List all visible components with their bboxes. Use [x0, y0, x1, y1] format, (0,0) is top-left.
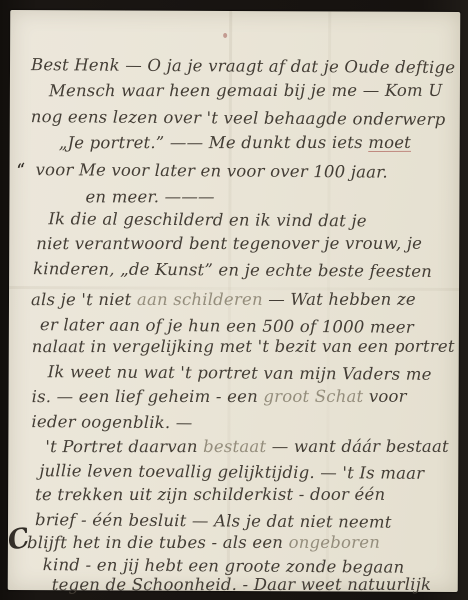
paper-speck: [223, 33, 227, 38]
letter-text-segment: te trekken uit zijn schilderkist - door …: [35, 485, 385, 504]
letter-page: Best Henk — O ja je vraagt af dat je Oud…: [8, 10, 461, 592]
letter-text-segment: ieder oogenblik. —: [31, 412, 192, 432]
letter-line: als je 't niet aan schilderen — Wat hebb…: [31, 290, 416, 309]
letter-line: Ik weet nu wat 't portret van mijn Vader…: [48, 362, 432, 384]
letter-line: tegen de Schoonheid. - Daar weet natuurl…: [52, 575, 431, 594]
letter-text-segment: en meer. ———: [85, 187, 214, 206]
letter-text-segment: bestaat: [203, 437, 266, 456]
letter-text-segment: kind - en jij hebt een groote zonde bega…: [43, 555, 405, 577]
letter-line: brief - één besluit — Als je dat niet ne…: [35, 510, 392, 531]
letter-text-segment: kinderen, „de Kunst” en je echte beste f…: [33, 259, 432, 281]
letter-text-segment: voor Me voor later en voor over 100 jaar…: [36, 160, 388, 181]
letter-text-segment: 't Portret daarvan: [45, 437, 203, 456]
letter-text-segment: is. — een lief geheim - een: [32, 387, 264, 406]
letter-text-segment: aan schilderen: [137, 290, 263, 309]
letter-text-segment: tegen de Schoonheid. - Daar weet natuurl…: [52, 575, 431, 594]
letter-text-segment: brief - één besluit — Als je dat niet ne…: [35, 510, 392, 531]
letter-text-segment: nalaat in vergelijking met 't bezit van …: [32, 337, 455, 356]
letter-text-segment: als je 't niet: [31, 290, 137, 309]
letter-text-segment: Mensch waar heen gemaai bij je me — Kom …: [49, 81, 443, 100]
letter-text-segment: moet: [368, 133, 411, 152]
letter-line: voor Me voor later en voor over 100 jaar…: [36, 160, 388, 181]
letter-line: kinderen, „de Kunst” en je echte beste f…: [33, 259, 432, 281]
letter-line: is. — een lief geheim - een groot Schat …: [32, 387, 407, 406]
margin-quote-mark: “: [16, 159, 28, 178]
letter-text-segment: Ik weet nu wat 't portret van mijn Vader…: [48, 362, 432, 384]
letter-text-segment: ongeboren: [289, 533, 380, 552]
letter-line: 't Portret daarvan bestaat — want dáár b…: [45, 437, 449, 456]
letter-line: Best Henk — O ja je vraagt af dat je Oud…: [31, 55, 455, 77]
letter-text-segment: Best Henk — O ja je vraagt af dat je Oud…: [31, 55, 455, 77]
letter-line: „Je portret.” —— Me dunkt dus iets moet: [59, 133, 411, 152]
letter-text-segment: „Je portret.” —— Me dunkt dus iets: [59, 133, 369, 152]
letter-text-segment: — want dáár bestaat: [266, 437, 449, 456]
letter-text-segment: voor: [363, 387, 406, 406]
letter-line: blijft het in die tubes - als een ongebo…: [27, 533, 380, 552]
letter-text-segment: er later aan of je hun een 500 of 1000 m…: [40, 315, 414, 337]
letter-line: niet verantwoord bent tegenover je vrouw…: [36, 234, 422, 253]
letter-text-segment: jullie leven toevallig gelijktijdig. — '…: [39, 461, 424, 483]
letter-line: er later aan of je hun een 500 of 1000 m…: [40, 315, 414, 337]
letter-line: nog eens lezen over 't veel behaagde ond…: [31, 107, 446, 129]
letter-text-segment: niet verantwoord bent tegenover je vrouw…: [36, 234, 422, 253]
letter-text-segment: nog eens lezen over 't veel behaagde ond…: [31, 107, 446, 129]
letter-line: te trekken uit zijn schilderkist - door …: [35, 485, 385, 504]
letter-line: nalaat in vergelijking met 't bezit van …: [32, 337, 455, 356]
photo-background: Best Henk — O ja je vraagt af dat je Oud…: [0, 0, 468, 600]
letter-line: ieder oogenblik. —: [31, 412, 192, 432]
letter-text-segment: Ik die al geschilderd en ik vind dat je: [48, 209, 366, 230]
letter-line: Mensch waar heen gemaai bij je me — Kom …: [49, 81, 443, 100]
letter-text-segment: groot Schat: [263, 387, 363, 406]
letter-text-segment: blijft het in die tubes - als een: [27, 533, 289, 552]
letter-line: jullie leven toevallig gelijktijdig. — '…: [39, 461, 424, 483]
letter-line: Ik die al geschilderd en ik vind dat je: [48, 209, 366, 230]
letter-text-segment: — Wat hebben ze: [263, 290, 416, 309]
letter-line: kind - en jij hebt een groote zonde bega…: [43, 555, 405, 577]
letter-line: en meer. ———: [85, 187, 214, 206]
ink-blot-mark: C: [5, 522, 32, 557]
